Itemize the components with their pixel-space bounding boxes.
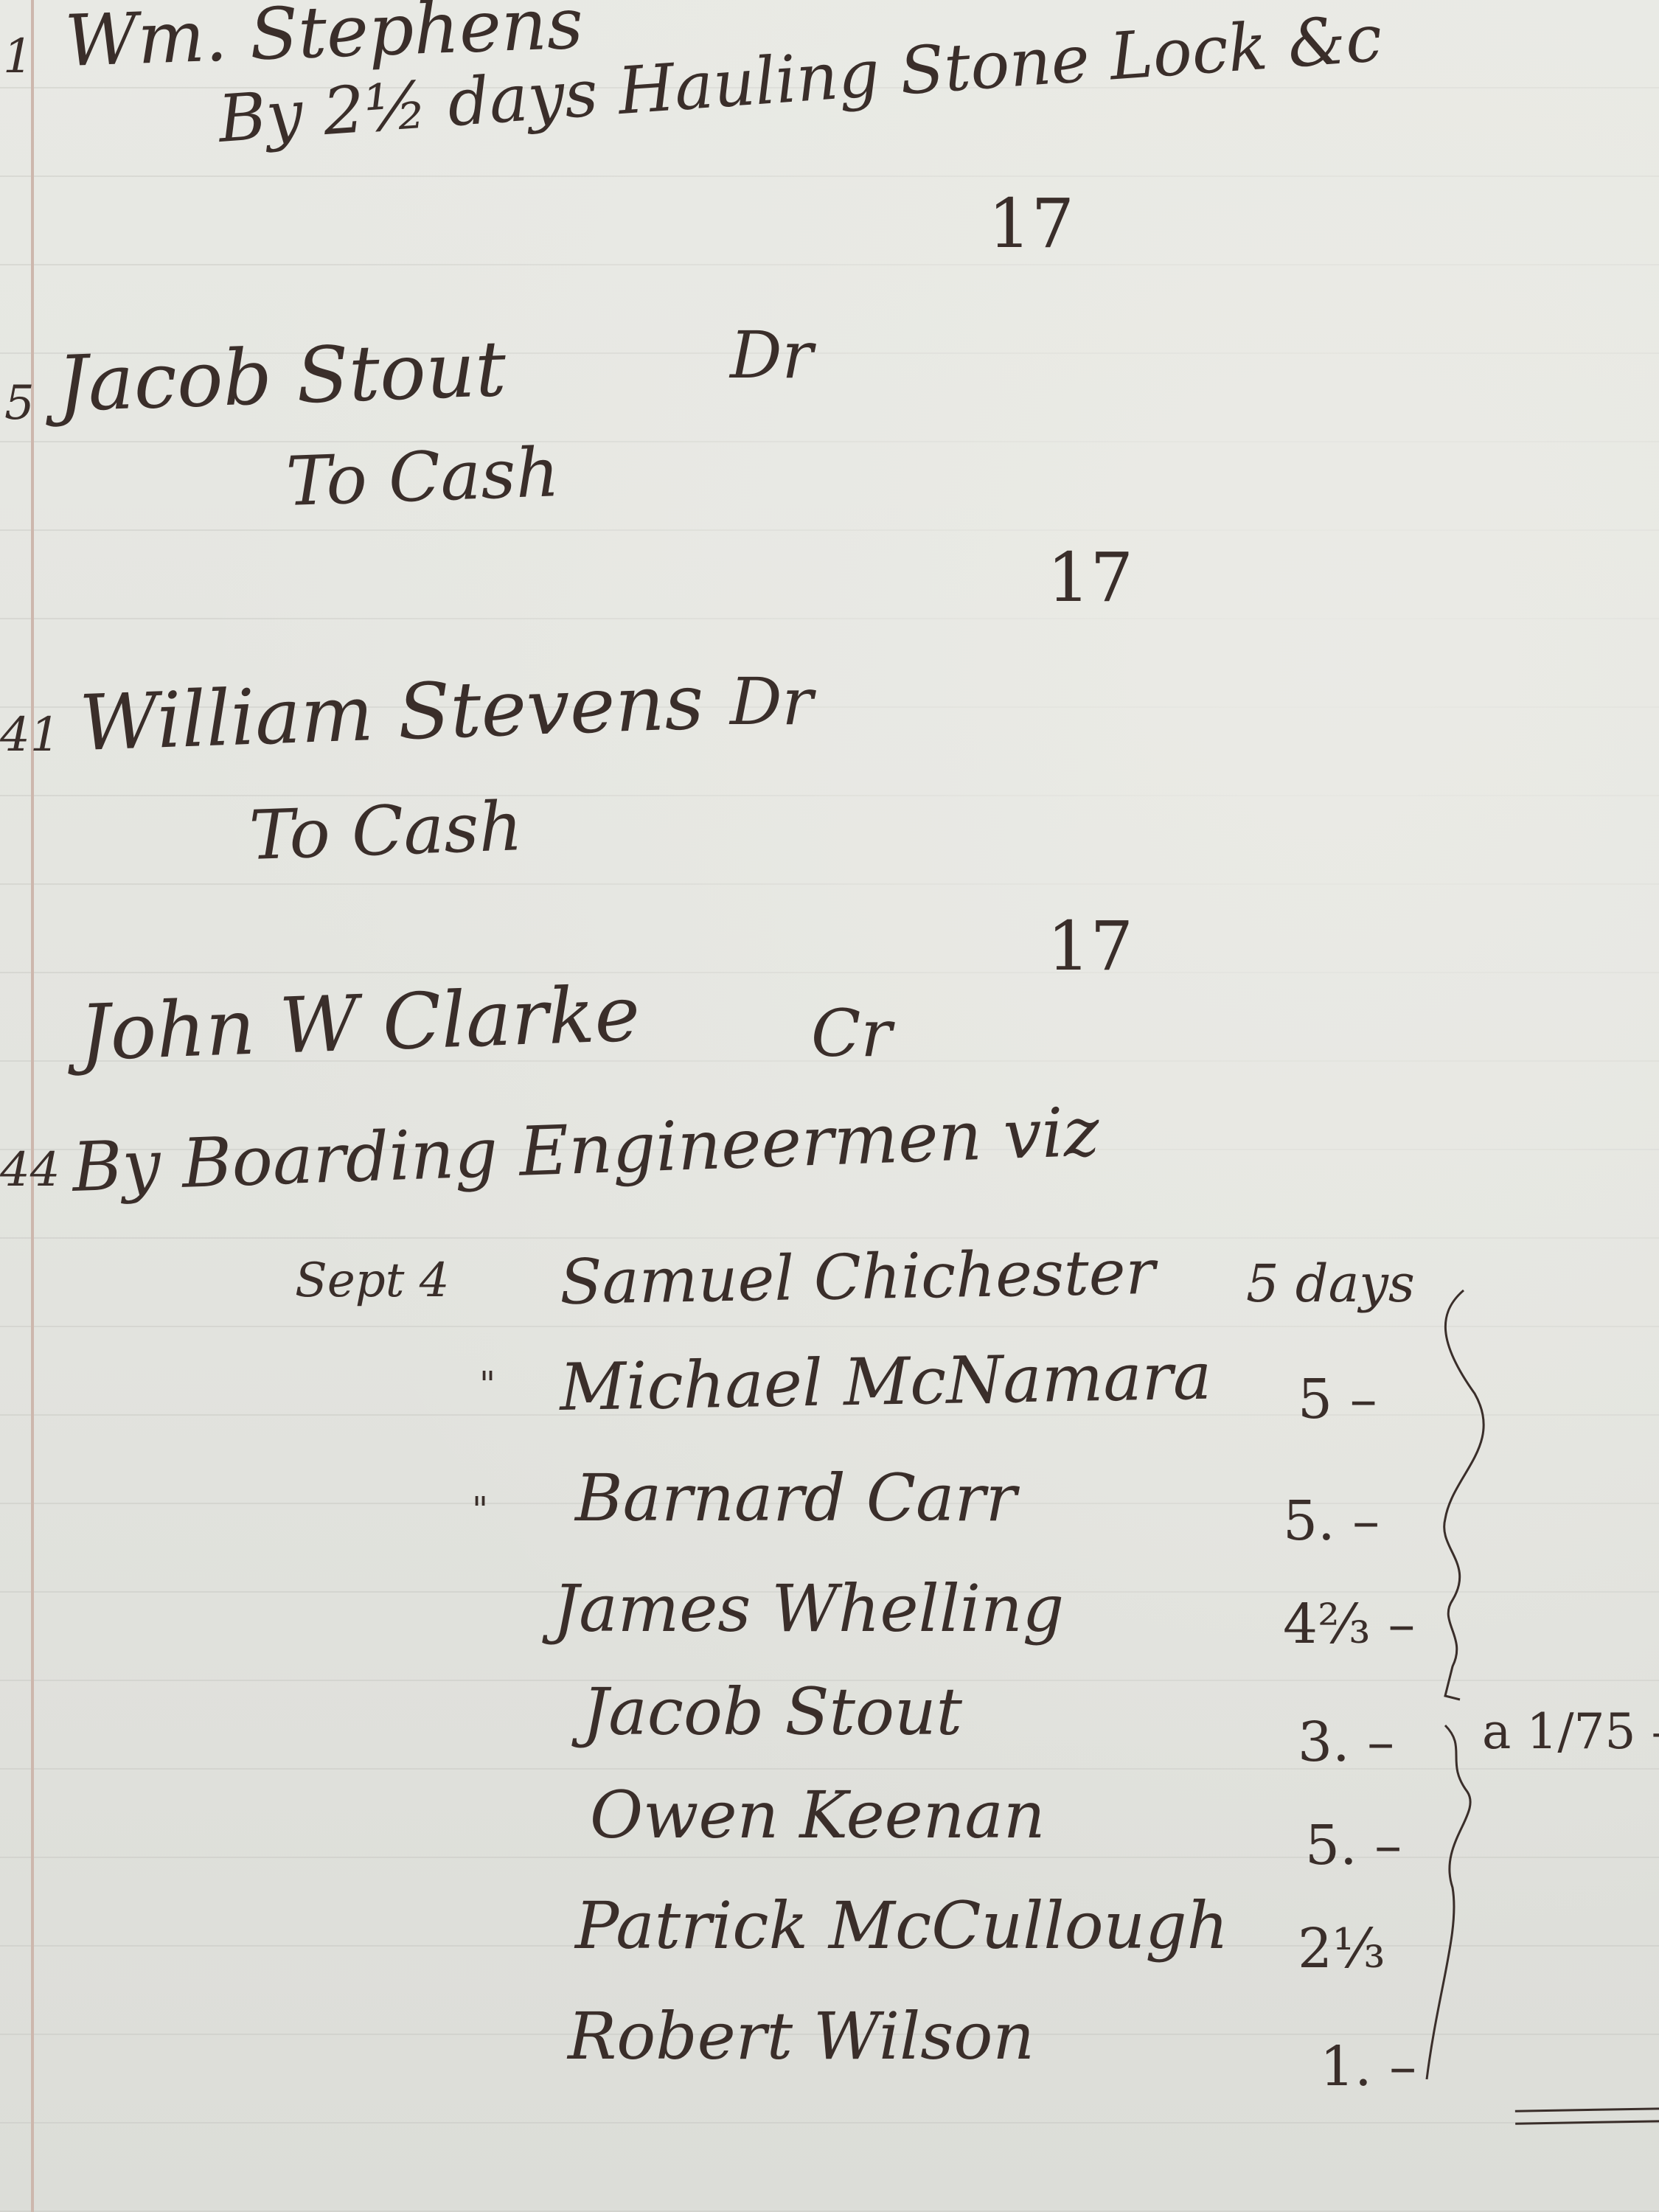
entry-side: Dr	[730, 317, 813, 393]
boarder-days: 5 days	[1246, 1253, 1415, 1314]
date-marker: 17	[988, 184, 1074, 263]
ledger-page: 1 Wm. Stephens By 2½ days Hauling Stone …	[0, 0, 1659, 2212]
boarder-days: 5. –	[1305, 1814, 1402, 1877]
boarder-name: Patrick McCullough	[575, 1888, 1228, 1964]
boarder-name: Samuel Chichester	[559, 1236, 1155, 1318]
boarder-name: Michael McNamara	[559, 1338, 1212, 1425]
date-marker: 17	[1047, 538, 1133, 617]
ditto-mark: "	[472, 1489, 488, 1531]
boarder-days: 4⅔ –	[1283, 1593, 1415, 1656]
ledger-ref: 44	[0, 1143, 60, 1197]
boarder-days: 5. –	[1283, 1489, 1380, 1553]
boarder-name: Owen Keenan	[590, 1777, 1046, 1853]
boarder-days: 1. –	[1320, 2035, 1416, 2098]
entry-detail: To Cash	[285, 433, 560, 521]
entry-name: William Stevens	[78, 657, 706, 768]
margin-rule	[31, 0, 34, 2212]
entry-detail: By Boarding Engineermen viz	[71, 1092, 1100, 1207]
entry-side: Cr	[811, 995, 891, 1071]
rate-note: a 1/75 –	[1482, 1703, 1659, 1760]
ledger-ref: 5	[4, 376, 35, 431]
date-marker: 17	[1047, 907, 1133, 986]
entry-name: Jacob Stout	[56, 324, 508, 429]
ledger-ref: 41	[0, 708, 60, 762]
boarder-days: 5 –	[1298, 1368, 1377, 1431]
boarder-days: 3. –	[1298, 1711, 1394, 1774]
boarder-name: Barnard Carr	[575, 1460, 1017, 1536]
total-double-rule	[1515, 2107, 1659, 2124]
boarder-name: Robert Wilson	[568, 1998, 1034, 2074]
boarder-name: Jacob Stout	[582, 1674, 962, 1750]
ledger-ref: 1	[3, 29, 33, 84]
date-label: Sept 4	[295, 1253, 449, 1308]
ditto-mark: "	[479, 1364, 495, 1405]
entry-name: John W Clarke	[78, 969, 641, 1078]
brace-icon	[1423, 1283, 1512, 2087]
boarder-days: 2⅓	[1298, 1917, 1385, 1980]
boarder-name: James Whelling	[553, 1571, 1064, 1646]
entry-side: Dr	[730, 664, 813, 740]
entry-detail: To Cash	[248, 787, 524, 875]
